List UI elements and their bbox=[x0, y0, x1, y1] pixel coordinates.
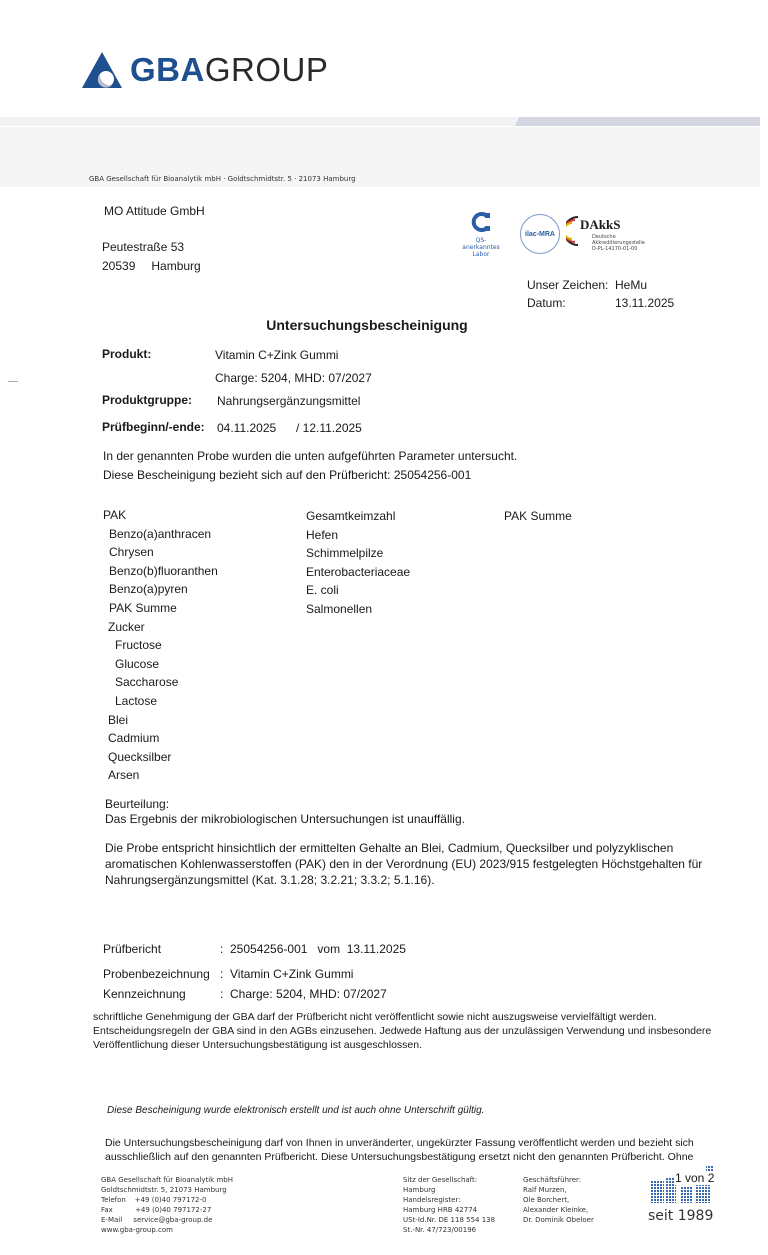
footer-line: Hamburg HRB 42774 bbox=[403, 1205, 495, 1215]
logo-group: GROUP bbox=[205, 51, 329, 88]
footer-line: Ralf Murzen, bbox=[523, 1185, 594, 1195]
header-band-accent bbox=[515, 117, 760, 126]
parameter-item: Quecksilber bbox=[108, 750, 171, 764]
footer-management-info: Geschäftsführer:Ralf Murzen,Ole Borchert… bbox=[523, 1175, 594, 1225]
produkt-charge: Charge: 5204, MHD: 07/2027 bbox=[215, 371, 372, 385]
footer-line: Dr. Dominik Obeloer bbox=[523, 1215, 594, 1225]
recipient-zip: 20539 bbox=[102, 259, 135, 273]
ilac-label: ilac-MRA bbox=[525, 231, 555, 238]
parameter-item: E. coli bbox=[306, 583, 339, 597]
footer-line: Handelsregister: bbox=[403, 1195, 495, 1205]
recipient-company: MO Attitude GmbH bbox=[104, 204, 205, 218]
parameter-item: PAK bbox=[103, 508, 126, 522]
report-kenn-label: Kennzeichnung bbox=[103, 987, 186, 1001]
disclaimer: schriftliche Genehmigung der GBA darf de… bbox=[93, 1010, 711, 1052]
intro-line-1: In der genannten Probe wurden die unten … bbox=[103, 449, 517, 463]
produkt-label: Produkt: bbox=[102, 347, 151, 361]
dakks-logo: DAkkS Deutsche Akkreditierungsstelle D-P… bbox=[566, 214, 676, 254]
parameter-item: Cadmium bbox=[108, 731, 159, 745]
produktgruppe-label: Produktgruppe: bbox=[102, 393, 192, 407]
assessment-p3: Nahrungsergänzungsmittel (Kat. 3.1.28; 3… bbox=[105, 873, 435, 887]
ilac-mra-logo: ilac-MRA bbox=[520, 214, 560, 254]
footer-line: Sitz der Gesellschaft: bbox=[403, 1175, 495, 1185]
publication-line-1: Die Untersuchungsbescheinigung darf von … bbox=[105, 1136, 694, 1150]
logo-gba: GBA bbox=[130, 51, 205, 88]
gba-triangle-icon bbox=[82, 52, 122, 88]
assessment-p1: Die Probe entspricht hinsichtlich der er… bbox=[105, 841, 673, 855]
parameter-item: PAK Summe bbox=[504, 509, 572, 523]
sender-line: GBA Gesellschaft für Bioanalytik mbH · G… bbox=[89, 175, 356, 183]
footer-line: St.-Nr. 47/723/00196 bbox=[403, 1225, 495, 1235]
page-indicator: 1 von 2 bbox=[674, 1171, 715, 1185]
qs-c-icon bbox=[471, 212, 491, 232]
footer-line: Alexander Kleinke, bbox=[523, 1205, 594, 1215]
intro-line-2: Diese Bescheinigung bezieht sich auf den… bbox=[103, 468, 471, 482]
disclaimer-line-2: Entscheidungsregeln der GBA sind in den … bbox=[93, 1024, 711, 1038]
parameter-item: Benzo(b)fluoranthen bbox=[109, 564, 218, 578]
report-kenn-value: : Charge: 5204, MHD: 07/2027 bbox=[220, 987, 387, 1001]
report-pb-label: Prüfbericht bbox=[103, 942, 161, 956]
parameter-item: Schimmelpilze bbox=[306, 546, 383, 560]
qs-label-2: Labor bbox=[458, 251, 504, 258]
pruefzeitraum-label: Prüfbeginn/-ende: bbox=[102, 420, 205, 434]
footer-registration-info: Sitz der Gesellschaft:HamburgHandelsregi… bbox=[403, 1175, 495, 1235]
dakks-arc-icon bbox=[566, 216, 580, 246]
report-probe-label: Probenbezeichnung bbox=[103, 967, 210, 981]
footer-line: Hamburg bbox=[403, 1185, 495, 1195]
reference-zeichen-value: HeMu bbox=[615, 278, 647, 292]
dotted-graphic-icon: 1 von 2 bbox=[648, 1163, 718, 1208]
since-label: seit 1989 bbox=[648, 1208, 713, 1224]
disclaimer-line-1: schriftliche Genehmigung der GBA darf de… bbox=[93, 1010, 711, 1024]
recipient-city: Hamburg bbox=[151, 259, 200, 273]
footer-line: Goldtschmidtstr. 5, 21073 Hamburg bbox=[101, 1185, 233, 1195]
parameter-item: Enterobacteriaceae bbox=[306, 565, 410, 579]
footer-company-info: GBA Gesellschaft für Bioanalytik mbHGold… bbox=[101, 1175, 233, 1235]
footer-line: www.gba-group.com bbox=[101, 1225, 233, 1235]
electronic-note: Diese Bescheinigung wurde elektronisch e… bbox=[107, 1105, 484, 1116]
reference-datum-value: 13.11.2025 bbox=[615, 296, 674, 310]
certification-logos: QS-anerkanntes Labor ilac-MRA DAkkS Deut… bbox=[458, 212, 678, 264]
parameter-item: Glucose bbox=[115, 657, 159, 671]
footer-line: E-Mail service@gba-group.de bbox=[101, 1215, 233, 1225]
document-title: Untersuchungsbescheinigung bbox=[0, 317, 734, 333]
assessment-label: Beurteilung: bbox=[105, 797, 169, 811]
footer-line: Fax +49 (0)40 797172-27 bbox=[101, 1205, 233, 1215]
footer-line: Telefon +49 (0)40 797172-0 bbox=[101, 1195, 233, 1205]
assessment-p2: aromatischen Kohlenwasserstoffen (PAK) d… bbox=[105, 857, 702, 871]
footer-line: GBA Gesellschaft für Bioanalytik mbH bbox=[101, 1175, 233, 1185]
assessment-micro: Das Ergebnis der mikrobiologischen Unter… bbox=[105, 812, 465, 826]
parameter-item: Zucker bbox=[108, 620, 145, 634]
parameter-item: Benzo(a)anthracen bbox=[109, 527, 211, 541]
parameter-item: Chrysen bbox=[109, 545, 154, 559]
footer-line: Geschäftsführer: bbox=[523, 1175, 594, 1185]
footer-line: Ole Borchert, bbox=[523, 1195, 594, 1205]
recipient-city-line: 20539Hamburg bbox=[102, 259, 201, 273]
parameter-item: Benzo(a)pyren bbox=[109, 582, 188, 596]
report-probe-value: : Vitamin C+Zink Gummi bbox=[220, 967, 353, 981]
recipient-street: Peutestraße 53 bbox=[102, 240, 184, 254]
disclaimer-line-3: Veröffentlichung dieser Untersuchungsbes… bbox=[93, 1038, 711, 1052]
pruefende-value: / 12.11.2025 bbox=[296, 421, 362, 435]
qs-logo: QS-anerkanntes Labor bbox=[458, 212, 504, 258]
margin-mark bbox=[8, 381, 18, 382]
parameter-item: Salmonellen bbox=[306, 602, 372, 616]
parameter-item: Arsen bbox=[108, 768, 139, 782]
reference-zeichen-label: Unser Zeichen: bbox=[527, 278, 608, 292]
produkt-value: Vitamin C+Zink Gummi bbox=[215, 348, 338, 362]
parameter-item: Lactose bbox=[115, 694, 157, 708]
report-pb-value: : 25054256-001 vom 13.11.2025 bbox=[220, 942, 406, 956]
dakks-label: DAkkS bbox=[580, 217, 620, 233]
publication-line-2: ausschließlich auf den genannten Prüfber… bbox=[105, 1150, 694, 1164]
parameter-item: Fructose bbox=[115, 638, 162, 652]
qs-label-1: QS-anerkanntes bbox=[458, 237, 504, 251]
parameter-item: PAK Summe bbox=[109, 601, 177, 615]
dakks-line-3: D-PL-14170-01-00 bbox=[592, 246, 645, 252]
parameter-item: Blei bbox=[108, 713, 128, 727]
reference-datum-label: Datum: bbox=[527, 296, 566, 310]
gba-group-logo: GBAGROUP bbox=[82, 50, 328, 90]
parameter-item: Saccharose bbox=[115, 675, 178, 689]
pruefbeginn-value: 04.11.2025 bbox=[217, 421, 276, 435]
footer-line: USt-Id.Nr. DE 118 554 138 bbox=[403, 1215, 495, 1225]
produktgruppe-value: Nahrungsergänzungsmittel bbox=[217, 394, 360, 408]
parameter-item: Hefen bbox=[306, 528, 338, 542]
publication-note: Die Untersuchungsbescheinigung darf von … bbox=[105, 1136, 694, 1164]
parameter-item: Gesamtkeimzahl bbox=[306, 509, 395, 523]
